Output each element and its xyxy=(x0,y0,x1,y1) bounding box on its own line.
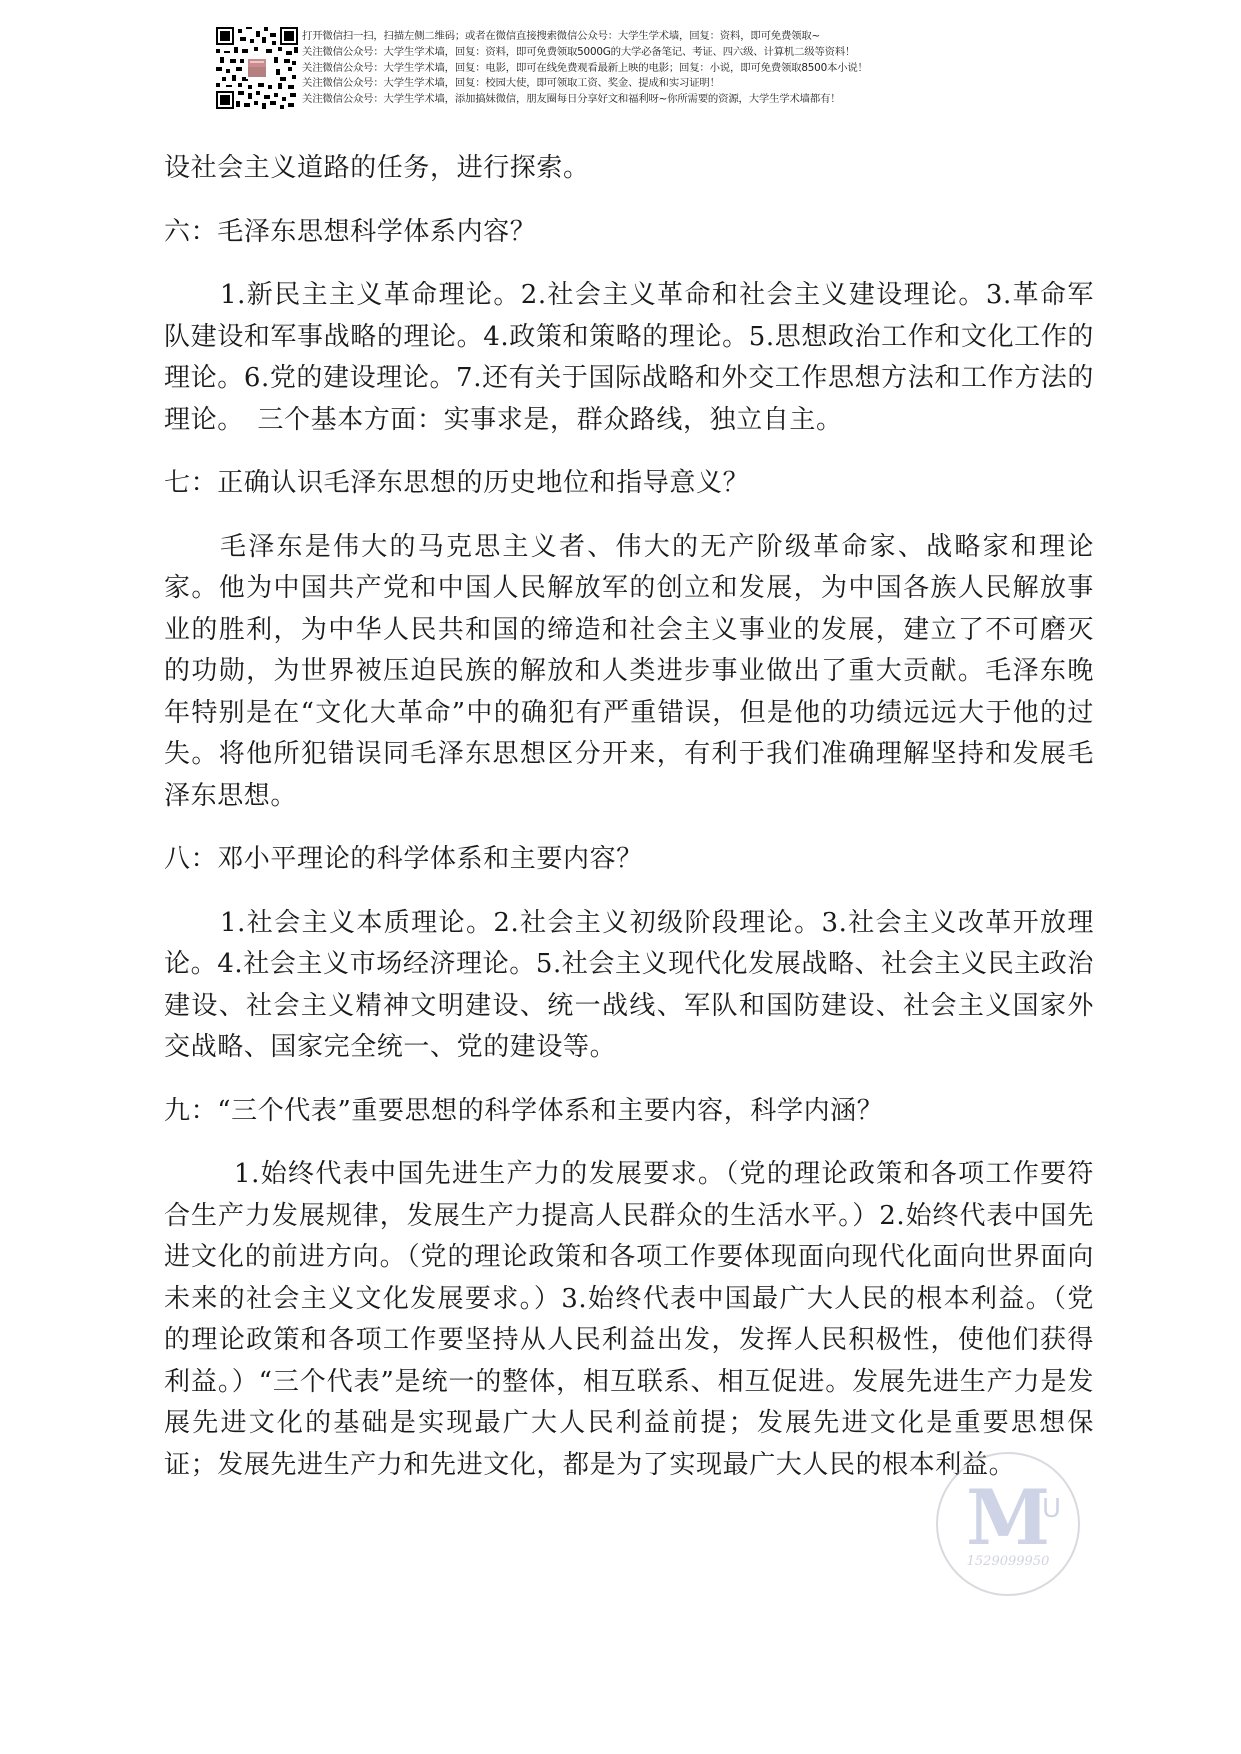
promo-line: 打开微信扫一扫，扫描左侧二维码；或者在微信直接搜索微信公众号：大学生学术墙，回复… xyxy=(302,29,868,45)
continuation-paragraph: 设社会主义道路的任务，进行探索。 xyxy=(164,148,1094,190)
section-heading-9: 九：“三个代表”重要思想的科学体系和主要内容，科学内涵？ xyxy=(164,1091,1094,1133)
section-body-9: 1.始终代表中国先进生产力的发展要求。（党的理论政策和各项工作要符合生产力发展规… xyxy=(164,1154,1094,1486)
promo-banner: 打开微信扫一扫，扫描左侧二维码；或者在微信直接搜索微信公众号：大学生学术墙，回复… xyxy=(216,27,956,111)
section-body-7: 毛泽东是伟大的马克思主义者、伟大的无产阶级革命家、战略家和理论家。他为中国共产党… xyxy=(164,527,1094,818)
section-body-6: 1.新民主主义革命理论。2.社会主义革命和社会主义建设理论。3.革命军队建设和军… xyxy=(164,275,1094,441)
promo-text-block: 打开微信扫一扫，扫描左侧二维码；或者在微信直接搜索微信公众号：大学生学术墙，回复… xyxy=(302,27,868,108)
section-heading-8: 八：邓小平理论的科学体系和主要内容？ xyxy=(164,839,1094,881)
watermark-letter-u: U xyxy=(1042,1494,1061,1524)
watermark-number: 1529099950 xyxy=(952,1554,1064,1569)
section-heading-7: 七：正确认识毛泽东思想的历史地位和指导意义？ xyxy=(164,463,1094,505)
promo-line: 关注微信公众号：大学生学术墙，回复：校园大使，即可领取工资、奖金、提成和实习证明… xyxy=(302,76,868,92)
document-body: 设社会主义道路的任务，进行探索。 六：毛泽东思想科学体系内容？ 1.新民主主义革… xyxy=(164,148,1094,1486)
section-body-8: 1.社会主义本质理论。2.社会主义初级阶段理论。3.社会主义改革开放理论。4.社… xyxy=(164,903,1094,1069)
section-heading-6: 六：毛泽东思想科学体系内容？ xyxy=(164,212,1094,254)
qr-code-icon xyxy=(216,27,298,109)
watermark-letter-m: M xyxy=(966,1480,1050,1556)
promo-line: 关注微信公众号：大学生学术墙，回复：电影，即可在线免费观看最新上映的电影；回复：… xyxy=(302,61,868,77)
promo-line: 关注微信公众号：大学生学术墙，回复：资料，即可免费领取5000G的大学必备笔记、… xyxy=(302,45,868,61)
promo-line: 关注微信公众号：大学生学术墙，添加搞妹微信，朋友圈每日分享好文和福利呀~你所需要… xyxy=(302,92,868,108)
